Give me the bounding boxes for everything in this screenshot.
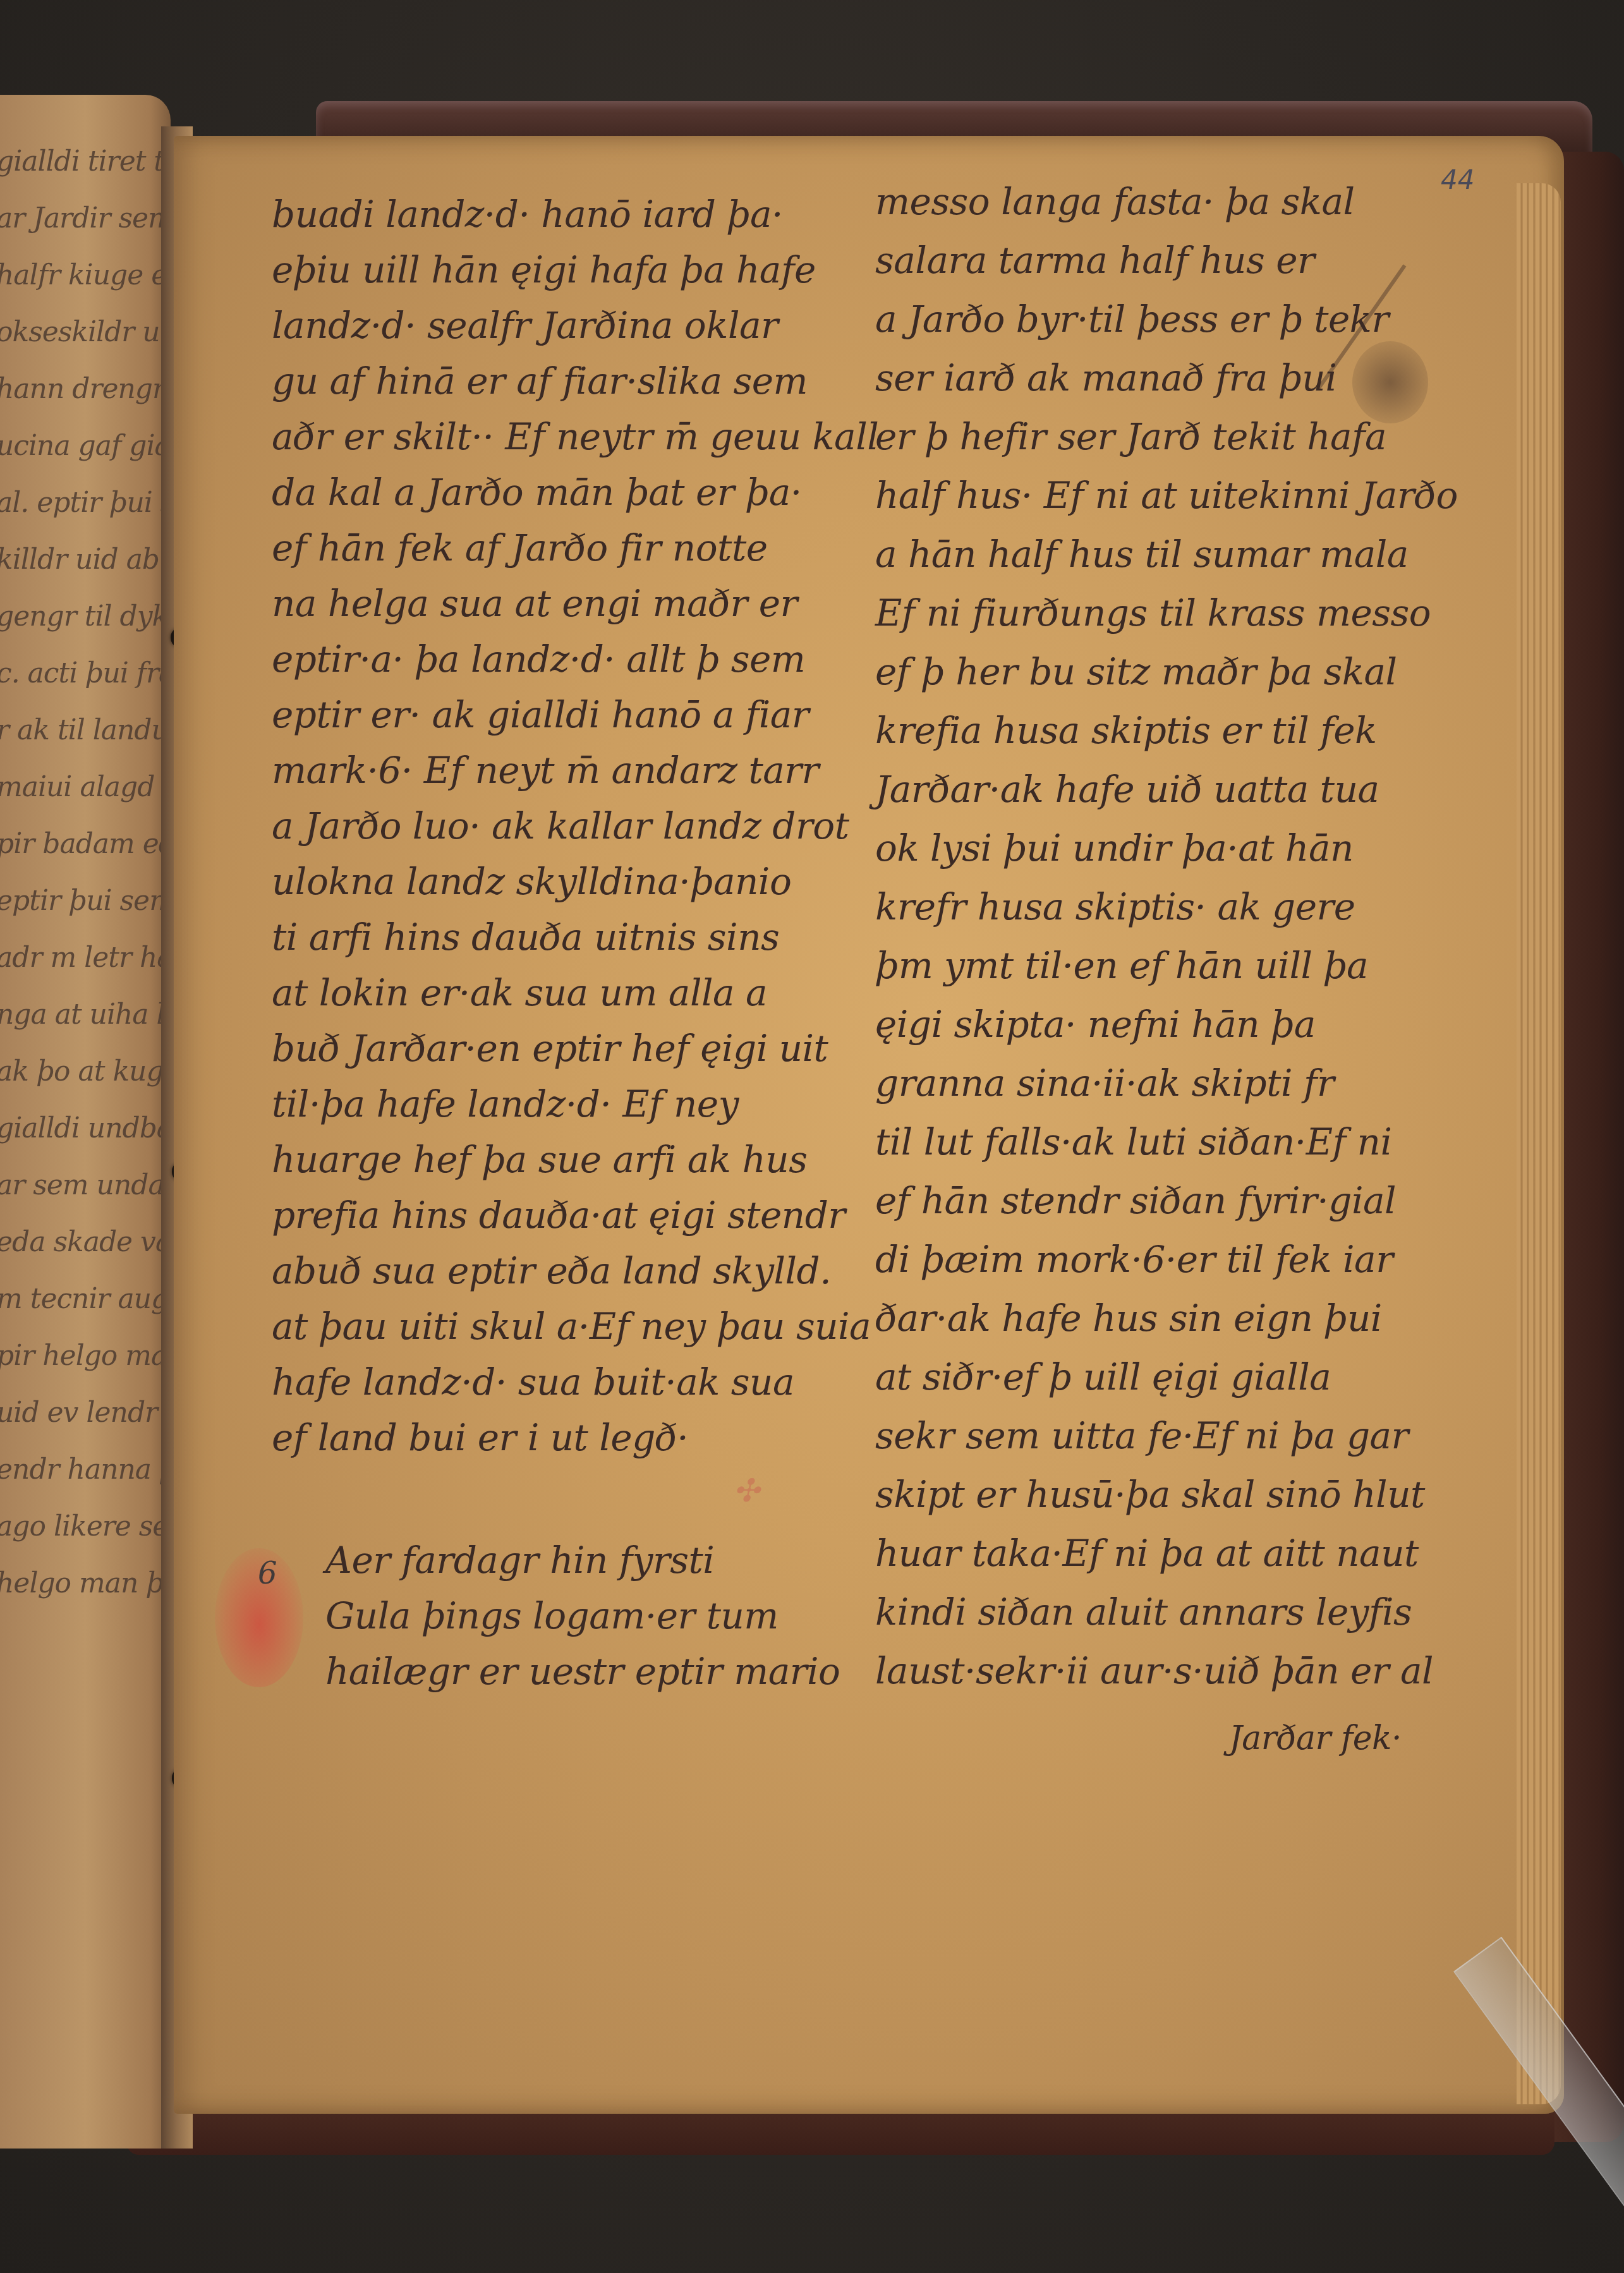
manuscript-line: at lokin er·ak sua um alla a xyxy=(272,974,767,1011)
manuscript-line: salara tarma half hus er xyxy=(875,242,1314,279)
manuscript-line: ef land bui er i ut legð· xyxy=(272,1419,688,1456)
manuscript-line: a Jarðo luo· ak kallar landz drot xyxy=(272,808,849,844)
left-page-line: ago likere se xyxy=(0,1510,168,1543)
left-page-line: adr m letr hans aug xyxy=(0,942,171,974)
manuscript-line: di þæim mork·6·er til fek iar xyxy=(875,1241,1393,1278)
left-page-line: okseskildr uid um xyxy=(0,316,171,348)
left-page-line: al. eptir þui sem adr xyxy=(0,487,171,519)
manuscript-line: ęigi skipta· nefni hān þa xyxy=(875,1006,1316,1043)
manuscript-line: da kal a Jarðo mān þat er þa· xyxy=(272,474,802,511)
left-page-line: maiui alagd seam xyxy=(0,771,171,803)
left-page-line: ucina gaf gialldi xyxy=(0,430,171,462)
manuscript-line: laust·sekr·ii aur·s·uið þān er al xyxy=(875,1652,1433,1689)
manuscript-line: huar taka·Ef ni þa at aitt naut xyxy=(875,1535,1419,1572)
manuscript-line: ðar·ak hafe hus sin eign þui xyxy=(875,1300,1382,1337)
manuscript-line: messo langa fasta· þa skal xyxy=(875,183,1355,220)
ink-stain xyxy=(1352,341,1428,423)
manuscript-line: landz·d· sealfr Jarðina oklar xyxy=(272,307,778,344)
manuscript-line: at þau uiti skul a·Ef ney þau suia xyxy=(272,1308,871,1345)
manuscript-line: abuð sua eptir eða land skylld. xyxy=(272,1252,831,1289)
page-edges xyxy=(1517,183,1561,2104)
left-page-line: pir badam eda mi xyxy=(0,828,171,860)
left-page-line: eda skade varde xyxy=(0,1226,171,1258)
left-page-line: halfr kiuge en halfr xyxy=(0,259,171,291)
manuscript-line: gu af hinā er af fiar·slika sem xyxy=(272,363,808,399)
left-page-line: m tecnir augi xyxy=(0,1283,171,1315)
manuscript-line: mark·6· Ef neyt m̄ andarz tarr xyxy=(272,752,819,789)
left-page-line: helgo man þa xyxy=(0,1567,171,1599)
manuscript-line: ulokna landz skylldina·þanio xyxy=(272,863,791,900)
section-number: 6 xyxy=(258,1556,277,1591)
manuscript-line: eptir·a· þa landz·d· allt þ sem xyxy=(272,641,805,677)
manuscript-line: na helga sua at engi maðr er xyxy=(272,585,797,622)
manuscript-line: Gula þings logam·er tum xyxy=(325,1597,779,1634)
left-page-line: eptir þui sem bygi xyxy=(0,885,171,917)
manuscript-line: prefia hins dauða·at ęigi stendr xyxy=(272,1197,845,1233)
manuscript-line: kindi siðan aluit annars leyfis xyxy=(875,1594,1412,1630)
manuscript-line: a hān half hus til sumar mala xyxy=(875,536,1409,573)
manuscript-line: buadi landz·d· hanō iard þa· xyxy=(272,196,783,233)
manuscript-line: at siðr·ef þ uill ęigi gialla xyxy=(875,1359,1331,1395)
manuscript-line: half hus· Ef ni at uitekinni Jarðo xyxy=(875,477,1458,514)
manuscript-line: buð Jarðar·en eptir hef ęigi uit xyxy=(272,1030,828,1067)
manuscript-line: ef hān stendr siðan fyrir·gial xyxy=(875,1182,1396,1219)
left-page-line: gialldi tiret tuctic lag xyxy=(0,145,171,178)
manuscript-line: granna sina·ii·ak skipti fr xyxy=(875,1065,1334,1101)
left-page: gialldi tiret tuctic lagar Jardir sem ka… xyxy=(0,95,171,2149)
left-page-line: ak þo at kugi dau xyxy=(0,1055,171,1088)
manuscript-line: ef þ her bu sitz maðr þa skal xyxy=(875,653,1397,690)
manuscript-line: ti arfi hins dauða uitnis sins xyxy=(272,919,779,955)
left-page-line: gialldi undbalin xyxy=(0,1112,171,1144)
manuscript-line: þm ymt til·en ef hān uill þa xyxy=(875,947,1368,984)
manuscript-line: Ef ni fiurðungs til krass messo xyxy=(875,595,1431,631)
left-page-line: ar Jardir sem kaup xyxy=(0,202,171,234)
manuscript-line: til·þa hafe landz·d· Ef ney xyxy=(272,1086,739,1122)
manuscript-line: Aer fardagr hin fyrsti xyxy=(325,1542,714,1579)
left-page-line: r ak til landuarnar xyxy=(0,714,171,746)
manuscript-line: krefr husa skiptis· ak gere xyxy=(875,888,1355,925)
manuscript-line: eþiu uill hān ęigi hafa þa hafe xyxy=(272,252,816,288)
left-page-line: nga at uiha legir xyxy=(0,998,171,1031)
manuscript-line: til lut falls·ak luti siðan·Ef ni xyxy=(875,1124,1391,1160)
left-page-line: c. acti þui fram xyxy=(0,657,171,689)
left-page-line: pir helgo man xyxy=(0,1340,171,1372)
left-page-line: killdr uid abud Jardar xyxy=(0,543,171,576)
manuscript-line: ef hān fek af Jarðo fir notte xyxy=(272,530,768,566)
manuscript-line: ok lysi þui undir þa·at hān xyxy=(875,830,1354,866)
left-page-line: hann drengr at ui xyxy=(0,373,171,405)
manuscript-line: skipt er husū·þa skal sinō hlut xyxy=(875,1476,1425,1513)
left-page-line: uid ev lendr d xyxy=(0,1397,171,1429)
left-page-line: gengr til dyka eindr xyxy=(0,600,171,633)
manuscript-line: sekr sem uitta fe·Ef ni þa gar xyxy=(875,1417,1409,1454)
folio-number: 44 xyxy=(1441,164,1474,195)
left-page-line: ar sem undan gek xyxy=(0,1169,171,1201)
trailing-line: Jarðar fek· xyxy=(1229,1722,1402,1755)
manuscript-line: ser iarð ak manað fra þui xyxy=(875,360,1336,396)
manuscript-line: huarge hef þa sue arfi ak hus xyxy=(272,1141,807,1178)
manuscript-line: hailægr er uestr eptir mario xyxy=(325,1653,840,1690)
manuscript-line: Jarðar·ak hafe uið uatta tua xyxy=(875,771,1379,808)
manuscript-line: aðr er skilt·· Ef neytr m̄ geuu kall xyxy=(272,418,878,455)
manuscript-line: er þ hefir ser Jarð tekit hafa xyxy=(875,418,1386,455)
manuscript-line: eptir er· ak gialldi hanō a fiar xyxy=(272,696,809,733)
manuscript-line: a Jarðo byr·til þess er þ tekr xyxy=(875,301,1389,337)
left-page-line: endr hanna þa xyxy=(0,1453,171,1486)
manuscript-line: krefia husa skiptis er til fek xyxy=(875,712,1377,749)
faded-red-rubric: ✣ xyxy=(733,1472,760,1509)
manuscript-line: hafe landz·d· sua buit·ak sua xyxy=(272,1364,794,1400)
